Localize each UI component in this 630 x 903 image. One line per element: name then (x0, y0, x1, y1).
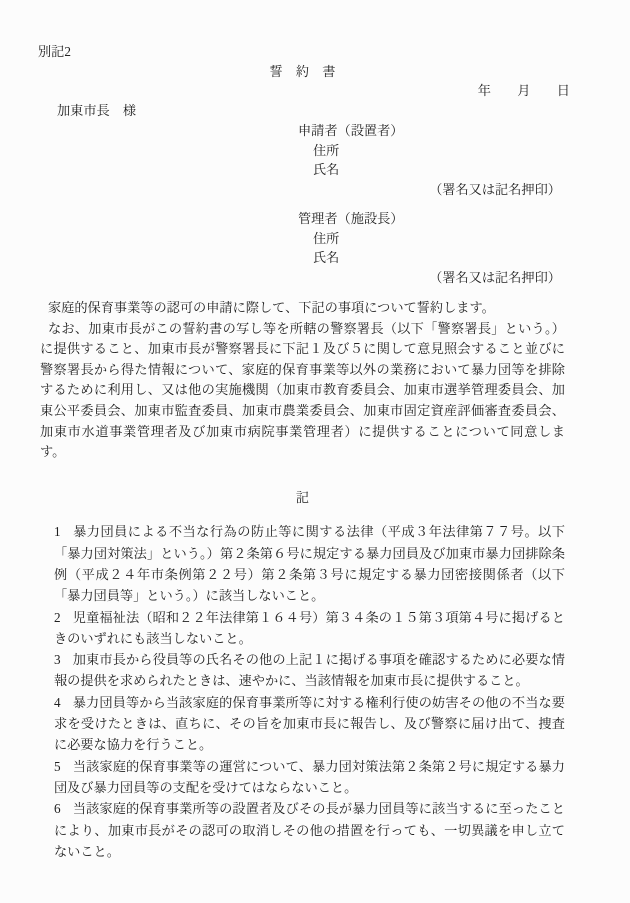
pledge-consent-paragraph: なお、加東市長がこの誓約書の写し等を所轄の警察署長（以下「警察署長」という。）に… (40, 319, 565, 463)
item-3-text: 加東市長から役員等の氏名その他の上記１に掲げる事項を確認するために必要な情報の提… (54, 652, 565, 688)
item-6-number: 6 (54, 801, 73, 816)
item-2-text: 児童福祉法（昭和２２年法律第１６４号）第３４条の１５第３項第４号に掲げるときのい… (54, 610, 565, 646)
addressee: 加東市長 様 (57, 101, 565, 121)
item-1-text: 暴力団員による不当な行為の防止等に関する法律（平成３年法律第７７号。以下「暴力団… (54, 524, 565, 603)
ki-heading: 記 (40, 488, 565, 509)
pledge-item-5: 5当該家庭的保育事業等の運営について、暴力団対策法第２条第２号に規定する暴力団及… (54, 756, 565, 799)
item-4-text: 暴力団員等から当該家庭的保育事業所等に対する権利行使の妨害その他の不当な要求を受… (54, 695, 565, 753)
applicant-address-label: 住所 (313, 141, 565, 161)
item-3-number: 3 (54, 652, 73, 667)
applicant-signature-note: （署名又は記名押印） (298, 180, 561, 200)
item-2-number: 2 (54, 610, 73, 625)
manager-signature-note: （署名又は記名押印） (298, 268, 561, 288)
item-5-number: 5 (54, 759, 73, 774)
manager-block: 管理者（施設長） 住所 氏名 （署名又は記名押印） (298, 209, 565, 287)
pledge-body: 家庭的保育事業等の認可の申請に際して、下記の事項について誓約します。 なお、加東… (40, 298, 565, 463)
date-line: 年 月 日 (40, 81, 570, 101)
item-5-text: 当該家庭的保育事業等の運営について、暴力団対策法第２条第２号に規定する暴力団及び… (54, 759, 565, 795)
item-4-number: 4 (54, 695, 73, 710)
form-number: 別記2 (38, 42, 565, 62)
document-title: 誓 約 書 (40, 62, 565, 82)
applicant-name-label: 氏名 (313, 160, 565, 180)
applicant-block: 申請者（設置者） 住所 氏名 （署名又は記名押印） (298, 121, 565, 199)
pledge-item-1: 1暴力団員による不当な行為の防止等に関する法律（平成３年法律第７７号。以下「暴力… (54, 521, 565, 606)
pledge-item-4: 4暴力団員等から当該家庭的保育事業所等に対する権利行使の妨害その他の不当な要求を… (54, 692, 565, 756)
pledge-intro-paragraph: 家庭的保育事業等の認可の申請に際して、下記の事項について誓約します。 (40, 298, 565, 319)
pledge-item-3: 3加東市長から役員等の氏名その他の上記１に掲げる事項を確認するために必要な情報の… (54, 649, 565, 692)
manager-name-label: 氏名 (313, 248, 565, 268)
manager-address-label: 住所 (313, 229, 565, 249)
pledge-items-list: 1暴力団員による不当な行為の防止等に関する法律（平成３年法律第７７号。以下「暴力… (40, 521, 565, 862)
item-1-number: 1 (54, 524, 73, 539)
applicant-role-label: 申請者（設置者） (298, 121, 565, 141)
manager-role-label: 管理者（施設長） (298, 209, 565, 229)
pledge-item-6: 6当該家庭的保育事業所等の設置者及びその長が暴力団員等に該当するに至ったことによ… (54, 798, 565, 862)
pledge-document-page: 別記2 誓 約 書 年 月 日 加東市長 様 申請者（設置者） 住所 氏名 （署… (0, 0, 630, 903)
item-6-text: 当該家庭的保育事業所等の設置者及びその長が暴力団員等に該当するに至ったことにより… (54, 801, 565, 859)
pledge-item-2: 2児童福祉法（昭和２２年法律第１６４号）第３４条の１５第３項第４号に掲げるときの… (54, 607, 565, 650)
